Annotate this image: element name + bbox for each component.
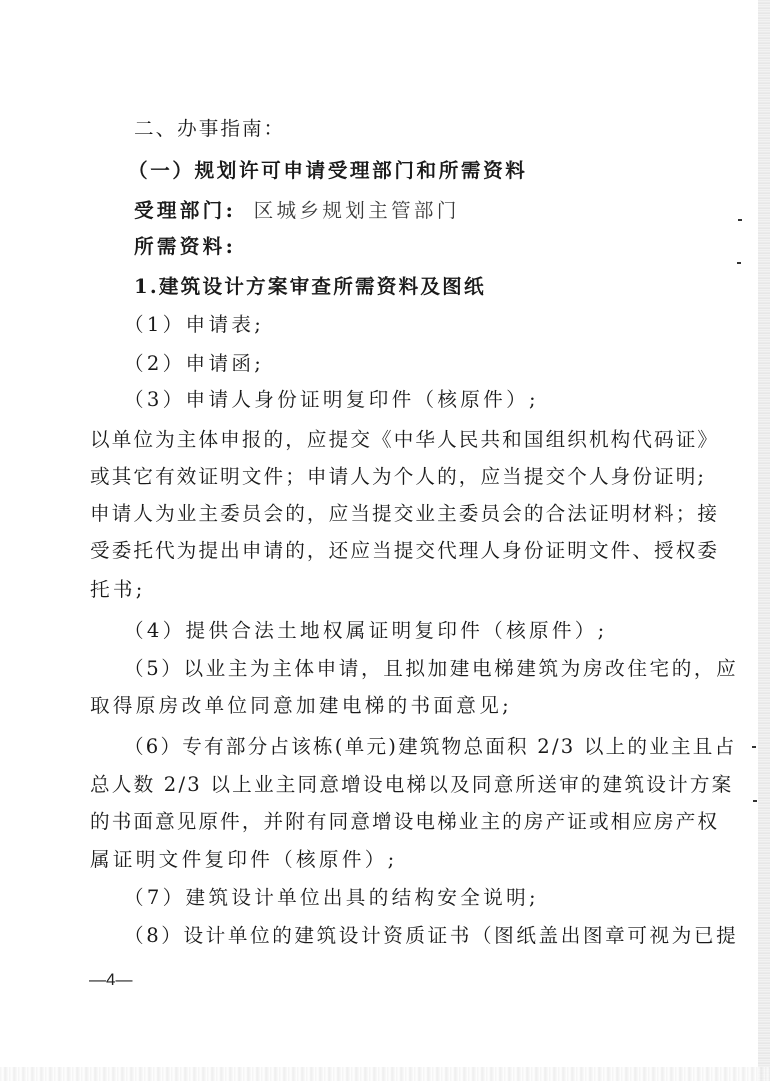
paragraph-line: 受委托代为提出申请的，还应当提交代理人身份证明文件、授权委 (90, 539, 719, 563)
department-row: 受理部门: 区城乡规划主管部门 (134, 199, 460, 223)
list-item: （7）建筑设计单位出具的结构安全说明; (124, 886, 539, 910)
scan-mark (753, 800, 757, 802)
scan-edge-right (758, 0, 770, 1081)
paragraph-line: 总人数 2/3 以上业主同意增设电梯以及同意所送审的建筑设计方案 (90, 773, 733, 797)
list-item: （6）专有部分占该栋(单元)建筑物总面积 2/3 以上的业主且占 (124, 735, 736, 759)
scan-edge-bottom (0, 1067, 770, 1081)
scan-mark (737, 262, 741, 264)
section-heading: 二、办事指南： (134, 117, 285, 141)
scan-mark (752, 746, 756, 748)
list-item: （2）申请函; (124, 352, 264, 376)
item-heading: 1.建筑设计方案审查所需资料及图纸 (134, 275, 486, 299)
materials-label: 所需资料: (134, 235, 236, 259)
document-page: 二、办事指南： （一）规划许可申请受理部门和所需资料 受理部门: 区城乡规划主管… (0, 0, 770, 1081)
paragraph-line: 以单位为主体申报的，应提交《中华人民共和国组织机构代码证》 (90, 428, 719, 452)
list-item: （4）提供合法土地权属证明复印件（核原件）; (124, 619, 608, 643)
department-value: 区城乡规划主管部门 (254, 199, 460, 222)
paragraph-line: 属证明文件复印件（核原件）; (90, 848, 398, 872)
list-item: （3）申请人身份证明复印件（核原件）; (124, 388, 539, 412)
page-number: —4— (89, 970, 132, 990)
paragraph-line: 申请人为业主委员会的，应当提交业主委员会的合法证明材料；接 (90, 502, 719, 526)
paragraph-line: 的书面意见原件，并附有同意增设电梯业主的房产证或相应房产权 (90, 810, 719, 834)
paragraph-line: 或其它有效证明文件；申请人为个人的，应当提交个人身份证明; (90, 465, 706, 489)
list-item: （8）设计单位的建筑设计资质证书（图纸盖出图章可视为已提 (124, 924, 738, 948)
subsection-heading: （一）规划许可申请受理部门和所需资料 (128, 159, 528, 183)
department-label: 受理部门: (134, 199, 236, 222)
list-item: （1）申请表; (124, 313, 264, 337)
paragraph-line: 托书; (90, 578, 146, 602)
scan-mark (738, 219, 742, 221)
paragraph-line: 取得原房改单位同意加建电梯的书面意见; (90, 694, 512, 718)
list-item: （5）以业主为主体申请，且拟加建电梯建筑为房改住宅的，应 (124, 657, 738, 681)
